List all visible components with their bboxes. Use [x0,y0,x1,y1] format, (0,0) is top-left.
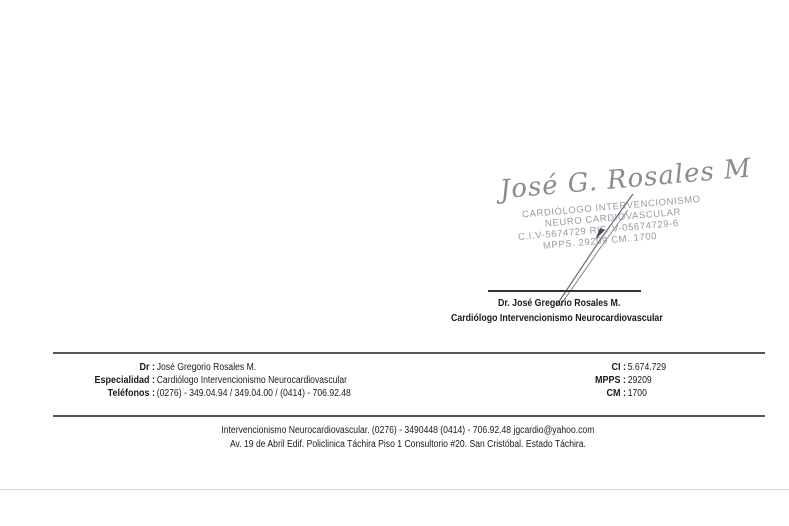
info-label: Teléfonos : [52,387,156,400]
stamp-name: José G. Rosales M [499,153,753,205]
info-row-phones: Teléfonos : (0276) - 349.04.94 / 349.04.… [40,387,420,400]
info-value: José Gregorio Rosales M. [155,361,256,374]
info-row-specialty: Especialidad : Cardiólogo Intervencionis… [40,374,420,387]
info-value: 5.674.729 [626,361,666,374]
paper-edge [0,489,789,490]
info-row-ci: CI : 5.674.729 [560,361,710,374]
divider-top [53,352,765,354]
footer-address: Av. 19 de Abril Edif. Policlinica Táchir… [13,439,789,450]
info-row-cm: CM : 1700 [560,387,710,400]
footer-contact-text: Intervencionismo Neurocardiovascular. (0… [221,425,594,436]
info-value: (0276) - 349.04.94 / 349.04.00 / (0414) … [155,387,351,400]
footer-contact: Intervencionismo Neurocardiovascular. (0… [13,425,789,436]
signature-title: Cardiólogo Intervencionismo Neurocardiov… [451,313,663,324]
info-label: CM : [567,387,626,400]
signature-name: Dr. José Gregorio Rosales M. [498,298,620,309]
info-label: MPPS : [567,374,626,387]
info-value: 1700 [626,387,647,400]
footer-address-text: Av. 19 de Abril Edif. Policlinica Táchir… [230,439,586,450]
info-value: 29209 [626,374,652,387]
doctor-stamp: José G. Rosales M CARDIÓLOGO INTERVENCIO… [492,146,750,267]
info-row-doctor: Dr : José Gregorio Rosales M. [40,361,420,374]
divider-bottom [53,415,765,417]
signature-line [488,290,641,292]
info-label: CI : [567,361,626,374]
info-label: Dr : [52,361,156,374]
info-row-mpps: MPPS : 29209 [560,374,710,387]
info-value: Cardiólogo Intervencionismo Neurocardiov… [155,374,347,387]
registration-info: CI : 5.674.729 MPPS : 29209 CM : 1700 [560,361,710,400]
info-label: Especialidad : [52,374,156,387]
doctor-info: Dr : José Gregorio Rosales M. Especialid… [40,361,420,400]
